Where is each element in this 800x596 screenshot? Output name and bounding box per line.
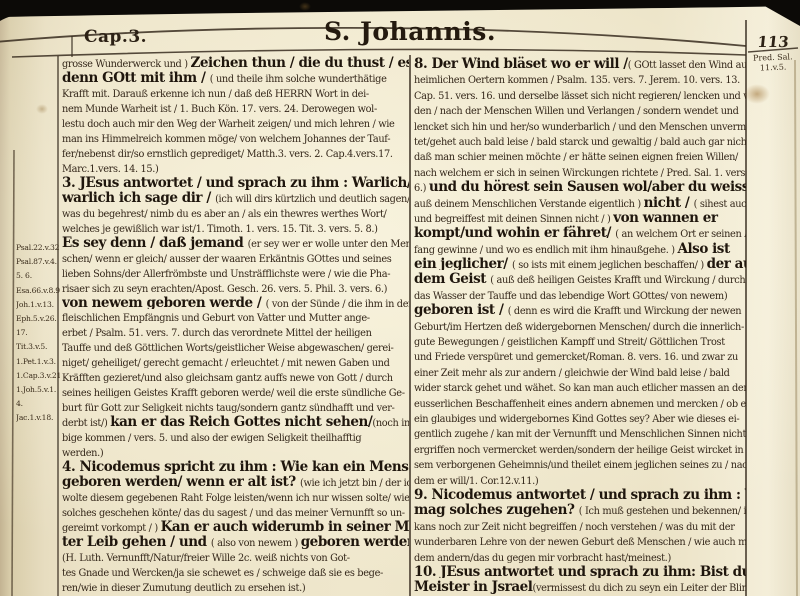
- text-line: 9. Nicodemus antwortet / und sprach zu i…: [414, 486, 746, 501]
- text-line: 6.) und du hörest sein Sausen wol/aber d…: [414, 178, 746, 193]
- text-line: Es sey denn / daß jemand (er sey wer er …: [62, 235, 409, 250]
- verse-text-segment: Meister in Jsrael: [414, 579, 532, 593]
- text-line: Krafft mit. Darauß erkenne ich nun / daß…: [62, 85, 409, 100]
- verse-text-segment: kompt/und wohin er fähret/: [414, 225, 615, 239]
- commentary-text-segment: ( auß deß heiligen Geistes Krafft und Wi…: [490, 275, 745, 285]
- verse-text-segment: 3. JEsus antwortet / und sprach zu ihm :…: [62, 175, 409, 190]
- text-line: kompt/und wohin er fähret/ ( an welchem …: [414, 224, 746, 239]
- text-line: Marc.1.vers. 14. 15.): [62, 160, 409, 175]
- margin-note: Jac.1.v.18.: [16, 411, 60, 425]
- left-margin-scripture-references: Psal.22.v.32.Psal.87.v.4.5. 6.Esa.66.v.8…: [16, 241, 60, 426]
- commentary-text-segment: welches je gewißlich war ist/1. Timoth. …: [62, 224, 378, 235]
- verse-text-segment: kan er das Reich Gottes nicht sehen/: [110, 414, 372, 429]
- text-line: sem verborgenen Geheimnis/und theilet ei…: [414, 455, 746, 470]
- text-line: gentlich zugehe / kan mit der Vernunfft …: [414, 424, 746, 439]
- commentary-text-segment: fleischlichen Empfängnis und Geburt von …: [62, 313, 370, 324]
- scanned-book-page: Cap.3. S. Johannis. 113 Pred. Sal. 11.v.…: [0, 0, 800, 596]
- commentary-text-segment: dem andern/das du gegen mir vorbracht ha…: [414, 553, 671, 563]
- verse-text-segment: Also ist: [677, 241, 729, 255]
- commentary-text-segment: ( so ists mit einem jeglichen beschaffen…: [512, 260, 707, 270]
- text-line: geboren ist / ( denn es wird die Krafft …: [414, 301, 746, 316]
- text-line: gereimt vorkompt / ) Kan er auch widerum…: [62, 519, 409, 534]
- text-line: von newem geboren werde / ( von der Sünd…: [62, 295, 409, 310]
- commentary-text-segment: 6.): [414, 183, 429, 193]
- commentary-text-segment: tes Gnade und Wercken/ja sie schewet es …: [62, 568, 383, 579]
- commentary-text-segment: Cap. 51. vers. 16. und derselbe lässet s…: [414, 91, 746, 101]
- commentary-text-segment: man ins Himmelreich kommen möge/ von wel…: [62, 134, 390, 145]
- commentary-text-segment: kans noch zur Zeit nicht begreiffen / no…: [414, 522, 735, 532]
- commentary-text-segment: ergriffen noch vermercket werden/sondern…: [414, 445, 746, 455]
- commentary-text-segment: ein glaubiges und widergebornes Kind Got…: [414, 414, 739, 424]
- commentary-text-segment: ( und theile ihm solche wunderthätige: [210, 74, 387, 85]
- commentary-text-segment: eusserlichen Beschaffenheit eines andern…: [414, 399, 746, 409]
- margin-note: 1.Pet.1.v.3.: [16, 355, 60, 369]
- commentary-text-segment: ( von der Sünde / die ihm in der: [266, 299, 409, 310]
- text-line: ein jeglicher/ ( so ists mit einem jegli…: [414, 255, 746, 270]
- commentary-text-segment: einer Zeit mehr als zur andern / gleichw…: [414, 368, 730, 378]
- commentary-text-segment: fang gewinne / und wo es endlich mit ihm…: [414, 245, 677, 255]
- text-line: wolte diesem gegebenen Raht Folge leiste…: [62, 489, 409, 504]
- margin-note: Psal.22.v.32.: [16, 241, 60, 255]
- left-text-column: grosse Wunderwerck und ) Zeichen thun / …: [62, 55, 409, 596]
- text-line: bige kommen / vers. 5. und also der ewig…: [62, 429, 409, 444]
- text-line: einer Zeit mehr als zur andern / gleichw…: [414, 363, 746, 378]
- commentary-text-segment: ( also von newem ): [211, 538, 301, 549]
- commentary-text-segment: Geburt/im Hertzen deß widergebornen Mens…: [414, 322, 744, 332]
- commentary-text-segment: niget/ geheiliget/ gerecht gemacht / erl…: [62, 358, 390, 369]
- text-line: lencket sich hin und her/so wunderbarlic…: [414, 117, 746, 132]
- text-line: schen/ wenn er gleich/ ausser der waaren…: [62, 250, 409, 265]
- text-line: ter Leib gehen / und ( also von newem ) …: [62, 534, 409, 549]
- text-line: heimlichen Oertern kommen / Psalm. 135. …: [414, 70, 746, 85]
- commentary-text-segment: ( GOtt lasset den Wind auß: [628, 60, 746, 70]
- margin-note: 1.Cap.3.v.21: [16, 369, 60, 383]
- commentary-text-segment: Kräfften gezieret/und also gleichsam gan…: [62, 373, 393, 384]
- commentary-text-segment: sem verborgenen Geheimnis/und theilet ei…: [414, 460, 746, 470]
- commentary-text-segment: dem er will/1. Cor.12.v.11.): [414, 476, 538, 486]
- commentary-text-segment: burt für Gott zur Seligkeit nichts taug/…: [62, 403, 395, 414]
- text-line: lestu doch auch mir den Weg der Warheit …: [62, 115, 409, 130]
- chapter-label: Cap.3.: [84, 27, 147, 47]
- text-line: derbt ist/) kan er das Reich Gottes nich…: [62, 414, 409, 429]
- text-line: tet/gehet auch bald leise / bald starck …: [414, 132, 746, 147]
- text-line: warlich ich sage dir / (ich will dirs kü…: [62, 190, 409, 205]
- text-line: und Friede verspüret und gemercket/Roman…: [414, 347, 746, 362]
- margin-note: Tit.3.v.5.: [16, 340, 60, 354]
- verse-text-segment: von wannen er: [613, 210, 717, 224]
- text-line: grosse Wunderwerck und ) Zeichen thun / …: [62, 55, 409, 70]
- margin-ref-line: 11.v.5.: [748, 62, 798, 74]
- commentary-text-segment: seines heiligen Geistes Krafft geboren w…: [62, 388, 405, 399]
- verse-text-segment: warlich ich sage dir /: [62, 190, 215, 205]
- verse-text-segment: 8. Der Wind bläset wo er will /: [414, 56, 628, 70]
- margin-note: Esa.66.v.8.9: [16, 284, 60, 298]
- commentary-text-segment: werden.): [62, 448, 103, 459]
- text-line: ren/wie in dieser Zumutung deutlich zu e…: [62, 579, 409, 594]
- text-line: man ins Himmelreich kommen möge/ von wel…: [62, 130, 409, 145]
- text-line: risaer sich zu seyn erachten/Apost. Gesc…: [62, 280, 409, 295]
- text-line: lieben Sohns/der Allerfrömbste und Unstr…: [62, 265, 409, 280]
- commentary-text-segment: Krafft mit. Darauß erkenne ich nun / daß…: [62, 89, 369, 100]
- text-line: Tauffe und deß Göttlichen Worts/geistlic…: [62, 339, 409, 354]
- commentary-text-segment: (ich will dirs kürtzlich und deutlich sa…: [215, 194, 409, 205]
- text-line: werden.): [62, 444, 409, 459]
- commentary-text-segment: Marc.1.vers. 14. 15.): [62, 164, 159, 175]
- commentary-text-segment: und begreiffest mit deinen Sinnen nicht …: [414, 214, 613, 224]
- text-line: fer/nebenst dir/so ernstlich geprediget/…: [62, 145, 409, 160]
- text-line: Cap. 51. vers. 16. und derselbe lässet s…: [414, 86, 746, 101]
- header-margin-reference: Pred. Sal. 11.v.5.: [748, 52, 799, 74]
- text-line: Geburt/im Hertzen deß widergebornen Mens…: [414, 317, 746, 332]
- margin-note: 5. 6.: [16, 269, 60, 283]
- text-line: nem Munde Warheit ist / 1. Buch Kön. 17.…: [62, 100, 409, 115]
- text-line: nach welchem er sich in seinen Wirckunge…: [414, 163, 746, 178]
- margin-note: 4.: [16, 397, 60, 411]
- commentary-text-segment: nem Munde Warheit ist / 1. Buch Kön. 17.…: [62, 104, 377, 115]
- verse-text-segment: dem Geist: [414, 271, 490, 285]
- commentary-text-segment: wolte diesem gegebenen Raht Folge leiste…: [62, 493, 409, 504]
- top-right-corner-shadow: [754, 0, 800, 26]
- commentary-text-segment: (noch in dassel-: [372, 418, 409, 429]
- commentary-text-segment: bige kommen / vers. 5. und also der ewig…: [62, 433, 361, 444]
- verse-text-segment: geboren werden ?: [301, 534, 409, 549]
- commentary-text-segment: ( Ich muß gestehen und bekennen/ ich: [579, 506, 746, 516]
- commentary-text-segment: ( sihest auch: [694, 199, 746, 209]
- commentary-text-segment: (wie ich jetzt bin / der ich gern: [300, 478, 409, 489]
- commentary-text-segment: wider starck gehet und wähet. So kan man…: [414, 383, 746, 393]
- text-line: dem andern/das du gegen mir vorbracht ha…: [414, 548, 746, 563]
- text-line: ein glaubiges und widergebornes Kind Got…: [414, 409, 746, 424]
- commentary-text-segment: derbt ist/): [62, 418, 110, 429]
- text-line: Kräfften gezieret/und also gleichsam gan…: [62, 369, 409, 384]
- foxing-spot: [299, 2, 311, 11]
- commentary-text-segment: (er sey wer er wolle unter den Men-: [248, 239, 409, 250]
- verse-text-segment: Kan er auch widerumb in seiner Mut-: [161, 519, 409, 534]
- verse-text-segment: von newem geboren werde /: [62, 295, 266, 310]
- verse-text-segment: und du hörest sein Sausen wol/aber du we…: [429, 179, 746, 193]
- text-line: den / nach der Menschen Willen und Verla…: [414, 101, 746, 116]
- verse-text-segment: geboren werden/ wenn er alt ist?: [62, 474, 300, 489]
- commentary-text-segment: risaer sich zu seyn erachten/Apost. Gesc…: [62, 284, 387, 295]
- text-line: 4. Nicodemus spricht zu ihm : Wie kan ei…: [62, 459, 409, 474]
- margin-note: 17.: [16, 326, 60, 340]
- text-line: 8. Der Wind bläset wo er will /( GOtt la…: [414, 55, 746, 70]
- commentary-text-segment: was du begehrest/ nimb du es aber an / a…: [62, 209, 387, 220]
- text-line: 10. JEsus antwortet und sprach zu ihm: B…: [414, 563, 746, 578]
- commentary-text-segment: solches geschehen könte/ das du sagest /…: [62, 508, 405, 519]
- commentary-text-segment: (vermissest du dich zu seyn ein Leiter d…: [532, 583, 746, 593]
- text-line: ergriffen noch vermercket werden/sondern…: [414, 440, 746, 455]
- commentary-text-segment: fer/nebenst dir/so ernstlich geprediget/…: [62, 149, 393, 160]
- page-right-edge: [795, 60, 797, 596]
- verse-text-segment: ter Leib gehen / und: [62, 534, 211, 549]
- text-line: Meister in Jsrael(vermissest du dich zu …: [414, 578, 746, 593]
- verse-text-segment: denn GOtt mit ihm /: [62, 70, 210, 85]
- commentary-text-segment: nach welchem er sich in seinen Wirckunge…: [414, 168, 746, 178]
- text-line: (H. Luth. Vernunfft/Natur/freier Wille 2…: [62, 549, 409, 564]
- text-line: das Wasser der Tauffe und das lebendige …: [414, 286, 746, 301]
- text-line: eusserlichen Beschaffenheit eines andern…: [414, 394, 746, 409]
- commentary-text-segment: gereimt vorkompt / ): [62, 523, 161, 534]
- text-line: solches geschehen könte/ das du sagest /…: [62, 504, 409, 519]
- commentary-text-segment: den / nach der Menschen Willen und Verla…: [414, 106, 739, 116]
- text-line: gute Bewegungen / geistlichen Kampff und…: [414, 332, 746, 347]
- text-line: niget/ geheiliget/ gerecht gemacht / erl…: [62, 354, 409, 369]
- text-line: wunderbaren Lehre von der newen Geburt d…: [414, 532, 746, 547]
- margin-note: Joh.1.v.13.: [16, 298, 60, 312]
- verse-text-segment: der auß: [707, 256, 746, 270]
- commentary-text-segment: und Friede verspüret und gemercket/Roman…: [414, 352, 738, 362]
- text-line: wider starck gehet und wähet. So kan man…: [414, 378, 746, 393]
- top-edge-bar: [0, 0, 800, 17]
- text-line: tes Gnade und Wercken/ja sie schewet es …: [62, 564, 409, 579]
- text-line: auß deinem Menschlichen Verstande eigent…: [414, 194, 746, 209]
- verse-text-segment: nicht /: [644, 195, 694, 209]
- verse-text-segment: geboren ist /: [414, 302, 508, 316]
- verse-text-segment: ein jeglicher/: [414, 256, 512, 270]
- commentary-text-segment: daß man schier meinen möchte / er hätte …: [414, 152, 738, 162]
- text-line: daß man schier meinen möchte / er hätte …: [414, 147, 746, 162]
- commentary-text-segment: ( an welchem Ort er seinen An-: [615, 229, 746, 239]
- left-gutter-rule: [12, 150, 14, 596]
- commentary-text-segment: das Wasser der Tauffe und das lebendige …: [414, 291, 727, 301]
- verse-text-segment: mag solches zugehen?: [414, 502, 579, 516]
- text-line: 3. JEsus antwortet / und sprach zu ihm :…: [62, 175, 409, 190]
- verse-text-segment: 10. JEsus antwortet und sprach zu ihm: B…: [414, 564, 746, 578]
- text-line: erbet / Psalm. 51. vers. 7. durch das ve…: [62, 324, 409, 339]
- verse-text-segment: Zeichen thun / die du thust / es sey: [190, 55, 409, 70]
- text-line: und begreiffest mit deinen Sinnen nicht …: [414, 209, 746, 224]
- text-line: fleischlichen Empfängnis und Geburt von …: [62, 309, 409, 324]
- page-title: S. Johannis.: [290, 17, 530, 46]
- text-line: geboren werden/ wenn er alt ist? (wie ic…: [62, 474, 409, 489]
- commentary-text-segment: lestu doch auch mir den Weg der Warheit …: [62, 119, 394, 130]
- margin-note: 1.Joh.5.v.1.: [16, 383, 60, 397]
- text-line: dem Geist ( auß deß heiligen Geistes Kra…: [414, 270, 746, 285]
- foxing-spot: [744, 84, 770, 104]
- margin-note: Eph.5.v.26.: [16, 312, 60, 326]
- text-line: denn GOtt mit ihm / ( und theile ihm sol…: [62, 70, 409, 85]
- verse-text-segment: Es sey denn / daß jemand: [62, 235, 248, 250]
- commentary-text-segment: ( denn es wird die Krafft und Wirckung d…: [508, 306, 742, 316]
- commentary-text-segment: ren/wie in dieser Zumutung deutlich zu e…: [62, 583, 305, 594]
- right-text-column: 8. Der Wind bläset wo er will /( GOtt la…: [414, 55, 746, 596]
- text-line: welches je gewißlich war ist/1. Timoth. …: [62, 220, 409, 235]
- commentary-text-segment: Tauffe und deß Göttlichen Worts/geistlic…: [62, 343, 394, 354]
- verse-text-segment: 4. Nicodemus spricht zu ihm : Wie kan ei…: [62, 459, 409, 474]
- commentary-text-segment: grosse Wunderwerck und ): [62, 59, 190, 70]
- foxing-spot: [36, 104, 48, 114]
- text-line: burt für Gott zur Seligkeit nichts taug/…: [62, 399, 409, 414]
- commentary-text-segment: lencket sich hin und her/so wunderbarlic…: [414, 122, 746, 132]
- verse-text-segment: 9. Nicodemus antwortet / und sprach zu i…: [414, 487, 746, 501]
- text-line: dem er will/1. Cor.12.v.11.): [414, 471, 746, 486]
- text-line: mag solches zugehen? ( Ich muß gestehen …: [414, 501, 746, 516]
- commentary-text-segment: gentlich zugehe / kan mit der Vernunfft …: [414, 429, 746, 439]
- commentary-text-segment: (H. Luth. Vernunfft/Natur/freier Wille 2…: [62, 553, 350, 564]
- commentary-text-segment: auß deinem Menschlichen Verstande eigent…: [414, 199, 644, 209]
- commentary-text-segment: heimlichen Oertern kommen / Psalm. 135. …: [414, 75, 740, 85]
- text-line: seines heiligen Geistes Krafft geboren w…: [62, 384, 409, 399]
- commentary-text-segment: schen/ wenn er gleich/ ausser der waaren…: [62, 254, 391, 265]
- commentary-text-segment: tet/gehet auch bald leise / bald starck …: [414, 137, 746, 147]
- text-line: kans noch zur Zeit nicht begreiffen / no…: [414, 517, 746, 532]
- top-left-corner-shadow: [0, 0, 32, 21]
- commentary-text-segment: gute Bewegungen / geistlichen Kampff und…: [414, 337, 725, 347]
- commentary-text-segment: lieben Sohns/der Allerfrömbste und Unstr…: [62, 269, 390, 280]
- commentary-text-segment: wunderbaren Lehre von der newen Geburt d…: [414, 537, 746, 547]
- margin-note: Psal.87.v.4.: [16, 255, 60, 269]
- page-number: 113: [749, 33, 797, 51]
- text-line: fang gewinne / und wo es endlich mit ihm…: [414, 240, 746, 255]
- commentary-text-segment: erbet / Psalm. 51. vers. 7. durch das ve…: [62, 328, 372, 339]
- text-line: was du begehrest/ nimb du es aber an / a…: [62, 205, 409, 220]
